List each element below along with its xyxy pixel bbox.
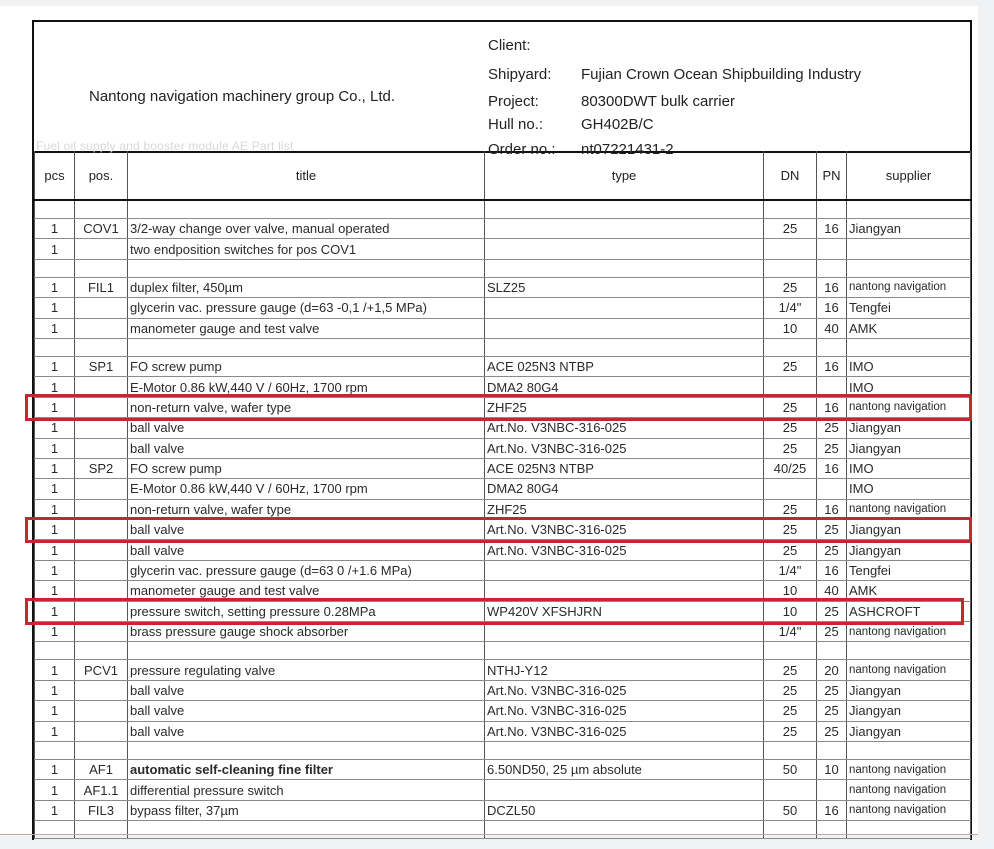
cell-type: [485, 581, 764, 601]
cell-title: ball valve: [128, 680, 485, 700]
cell-title: non-return valve, wafer type: [128, 397, 485, 417]
cell-title: pressure regulating valve: [128, 660, 485, 680]
cell-supplier: nantong navigation: [847, 397, 971, 417]
cell-dn: 1/4": [764, 622, 817, 642]
cell-pos: [75, 581, 128, 601]
cell-pcs: 1: [35, 499, 75, 519]
cell-type: Art.No. V3NBC-316-025: [485, 438, 764, 458]
table-row: 1non-return valve, wafer typeZHF252516na…: [35, 397, 971, 417]
cell-supplier: nantong navigation: [847, 759, 971, 779]
cell-type: [485, 318, 764, 338]
cell-type: Art.No. V3NBC-316-025: [485, 418, 764, 438]
cell-type: ZHF25: [485, 397, 764, 417]
cell-type: 6.50ND50, 25 µm absolute: [485, 759, 764, 779]
cell-type: ACE 025N3 NTBP: [485, 458, 764, 478]
table-row: 1SP2FO screw pumpACE 025N3 NTBP40/2516IM…: [35, 458, 971, 478]
cell-dn: [764, 780, 817, 800]
cell-title: bypass filter, 37µm: [128, 800, 485, 820]
cell-dn: [764, 821, 817, 839]
cell-pn: 20: [817, 660, 847, 680]
cell-pn: [817, 200, 847, 219]
cell-pn: 25: [817, 701, 847, 721]
cell-supplier: IMO: [847, 458, 971, 478]
cell-pos: [75, 680, 128, 700]
table-row: 1ball valveArt.No. V3NBC-316-0252525Jian…: [35, 540, 971, 560]
cell-title: [128, 642, 485, 660]
cell-type: Art.No. V3NBC-316-025: [485, 540, 764, 560]
cell-supplier: nantong navigation: [847, 499, 971, 519]
cell-pos: SP1: [75, 356, 128, 376]
table-row: 1AF1automatic self-cleaning fine filter6…: [35, 759, 971, 779]
table-row: 1E-Motor 0.86 kW,440 V / 60Hz, 1700 rpmD…: [35, 479, 971, 499]
cell-pn: 25: [817, 622, 847, 642]
cell-pcs: 1: [35, 298, 75, 318]
cell-pos: [75, 338, 128, 356]
table-row: 1glycerin vac. pressure gauge (d=63 -0,1…: [35, 298, 971, 318]
cell-pn: 25: [817, 540, 847, 560]
cell-pos: PCV1: [75, 660, 128, 680]
cell-pcs: 1: [35, 239, 75, 259]
cell-type: WP420V XFSHJRN: [485, 601, 764, 621]
cell-dn: [764, 377, 817, 397]
table-row: 1ball valveArt.No. V3NBC-316-0252525Jian…: [35, 721, 971, 741]
cell-pos: [75, 622, 128, 642]
meta-client: Client:: [488, 37, 580, 54]
cell-pcs: 1: [35, 780, 75, 800]
cell-supplier: nantong navigation: [847, 622, 971, 642]
cell-pos: FIL1: [75, 277, 128, 297]
col-header-pos: pos.: [75, 151, 128, 200]
meta-shipyard: Shipyard:Fujian Crown Ocean Shipbuilding…: [488, 66, 580, 83]
cell-pos: [75, 259, 128, 277]
cell-title: ball valve: [128, 520, 485, 540]
cell-dn: [764, 200, 817, 219]
cell-title: [128, 821, 485, 839]
cell-pn: [817, 338, 847, 356]
table-row: 1ball valveArt.No. V3NBC-316-0252525Jian…: [35, 520, 971, 540]
cell-dn: 1/4": [764, 560, 817, 580]
cell-pos: AF1.1: [75, 780, 128, 800]
cell-title: ball valve: [128, 701, 485, 721]
cell-dn: [764, 338, 817, 356]
cell-pn: [817, 642, 847, 660]
cell-pn: [817, 741, 847, 759]
cell-supplier: nantong navigation: [847, 800, 971, 820]
cell-pcs: 1: [35, 219, 75, 239]
cell-type: [485, 200, 764, 219]
cell-pn: 10: [817, 759, 847, 779]
col-header-pn: PN: [817, 151, 847, 200]
cell-pos: [75, 239, 128, 259]
cell-pcs: 1: [35, 356, 75, 376]
cell-type: [485, 821, 764, 839]
cell-title: glycerin vac. pressure gauge (d=63 0 /+1…: [128, 560, 485, 580]
cell-pos: [75, 200, 128, 219]
cell-title: FO screw pump: [128, 458, 485, 478]
cell-pcs: 1: [35, 660, 75, 680]
cell-title: E-Motor 0.86 kW,440 V / 60Hz, 1700 rpm: [128, 479, 485, 499]
cell-pn: 16: [817, 499, 847, 519]
cell-dn: 10: [764, 581, 817, 601]
cell-supplier: Jiangyan: [847, 680, 971, 700]
cell-type: DMA2 80G4: [485, 479, 764, 499]
table-row: 1COV13/2-way change over valve, manual o…: [35, 219, 971, 239]
table-row: 1ball valveArt.No. V3NBC-316-0252525Jian…: [35, 438, 971, 458]
cell-type: [485, 239, 764, 259]
cell-pos: [75, 520, 128, 540]
cell-pn: 25: [817, 601, 847, 621]
cell-supplier: AMK: [847, 581, 971, 601]
cell-type: SLZ25: [485, 277, 764, 297]
cell-dn: 25: [764, 701, 817, 721]
cell-type: Art.No. V3NBC-316-025: [485, 520, 764, 540]
cell-pn: 40: [817, 318, 847, 338]
col-header-supplier: supplier: [847, 151, 971, 200]
cell-pn: 16: [817, 219, 847, 239]
cell-pos: [75, 377, 128, 397]
cell-title: ball valve: [128, 721, 485, 741]
cell-pn: [817, 780, 847, 800]
cell-title: ball valve: [128, 540, 485, 560]
cell-pn: 25: [817, 721, 847, 741]
col-header-pcs: pcs: [35, 151, 75, 200]
cell-dn: 25: [764, 277, 817, 297]
cell-supplier: Tengfei: [847, 560, 971, 580]
cell-dn: 25: [764, 680, 817, 700]
table-spacer-row: [35, 741, 971, 759]
table-body: 1COV13/2-way change over valve, manual o…: [35, 200, 971, 839]
cell-type: DCZL50: [485, 800, 764, 820]
cell-pcs: [35, 642, 75, 660]
cell-pn: 16: [817, 277, 847, 297]
cell-supplier: [847, 821, 971, 839]
document-header: Nantong navigation machinery group Co., …: [34, 22, 970, 153]
table-row: 1AF1.1differential pressure switchnanton…: [35, 780, 971, 800]
cell-dn: 25: [764, 418, 817, 438]
table-row: 1ball valveArt.No. V3NBC-316-0252525Jian…: [35, 680, 971, 700]
table-spacer-row: [35, 642, 971, 660]
cell-pcs: 1: [35, 397, 75, 417]
cell-pcs: 1: [35, 277, 75, 297]
cell-pos: [75, 560, 128, 580]
cell-title: [128, 338, 485, 356]
cell-pn: [817, 821, 847, 839]
cell-pcs: 1: [35, 438, 75, 458]
cell-title: non-return valve, wafer type: [128, 499, 485, 519]
cell-dn: 10: [764, 601, 817, 621]
table-row: 1manometer gauge and test valve1040AMK: [35, 581, 971, 601]
cell-pos: [75, 821, 128, 839]
cell-pos: FIL3: [75, 800, 128, 820]
cell-title: [128, 741, 485, 759]
meta-hull: Hull no.:GH402B/C: [488, 116, 580, 133]
cell-type: NTHJ-Y12: [485, 660, 764, 680]
table-row: 1SP1FO screw pumpACE 025N3 NTBP2516IMO: [35, 356, 971, 376]
cell-pn: 16: [817, 397, 847, 417]
cell-type: DMA2 80G4: [485, 377, 764, 397]
cell-type: Art.No. V3NBC-316-025: [485, 701, 764, 721]
cell-supplier: [847, 259, 971, 277]
cell-pos: [75, 642, 128, 660]
cell-pcs: 1: [35, 701, 75, 721]
cell-dn: 25: [764, 397, 817, 417]
table-row: 1ball valveArt.No. V3NBC-316-0252525Jian…: [35, 701, 971, 721]
cell-title: ball valve: [128, 438, 485, 458]
cell-pn: 40: [817, 581, 847, 601]
cell-title: E-Motor 0.86 kW,440 V / 60Hz, 1700 rpm: [128, 377, 485, 397]
cell-dn: 1/4": [764, 298, 817, 318]
cell-pn: 16: [817, 458, 847, 478]
table-spacer-row: [35, 821, 971, 839]
cell-dn: 50: [764, 759, 817, 779]
cell-type: [485, 642, 764, 660]
cell-supplier: Jiangyan: [847, 418, 971, 438]
cell-title: differential pressure switch: [128, 780, 485, 800]
cell-pcs: 1: [35, 560, 75, 580]
cell-pcs: 1: [35, 680, 75, 700]
table-row: 1ball valveArt.No. V3NBC-316-0252525Jian…: [35, 418, 971, 438]
cell-dn: 25: [764, 219, 817, 239]
cell-supplier: [847, 200, 971, 219]
table-row: 1FIL1duplex filter, 450µmSLZ252516nanton…: [35, 277, 971, 297]
cell-supplier: IMO: [847, 377, 971, 397]
cell-pos: [75, 418, 128, 438]
cell-pn: 16: [817, 560, 847, 580]
table-row: 1two endposition switches for pos COV1: [35, 239, 971, 259]
col-header-type: type: [485, 151, 764, 200]
table-spacer-row: [35, 338, 971, 356]
table-row: 1manometer gauge and test valve1040AMK: [35, 318, 971, 338]
cell-pn: [817, 479, 847, 499]
cell-type: [485, 560, 764, 580]
table-row: 1FIL3bypass filter, 37µmDCZL505016nanton…: [35, 800, 971, 820]
cell-pcs: [35, 200, 75, 219]
cell-pos: [75, 701, 128, 721]
cell-pn: 16: [817, 298, 847, 318]
cell-dn: 50: [764, 800, 817, 820]
table-row: 1non-return valve, wafer typeZHF252516na…: [35, 499, 971, 519]
cell-pcs: 1: [35, 479, 75, 499]
cell-pcs: [35, 259, 75, 277]
table-row: 1brass pressure gauge shock absorber1/4"…: [35, 622, 971, 642]
cell-pn: [817, 377, 847, 397]
cell-pn: 25: [817, 438, 847, 458]
cell-dn: 25: [764, 660, 817, 680]
cell-supplier: IMO: [847, 479, 971, 499]
cell-pos: [75, 601, 128, 621]
meta-project: Project:80300DWT bulk carrier: [488, 93, 580, 110]
cell-title: duplex filter, 450µm: [128, 277, 485, 297]
cell-pcs: 1: [35, 622, 75, 642]
company-name: Nantong navigation machinery group Co., …: [89, 88, 395, 105]
cell-dn: 25: [764, 540, 817, 560]
cell-pos: [75, 721, 128, 741]
cell-pn: [817, 239, 847, 259]
cell-pn: 25: [817, 418, 847, 438]
cell-dn: 10: [764, 318, 817, 338]
cell-pcs: 1: [35, 318, 75, 338]
cell-pos: [75, 318, 128, 338]
cell-pos: SP2: [75, 458, 128, 478]
cell-pos: [75, 397, 128, 417]
cell-type: [485, 780, 764, 800]
cell-type: [485, 338, 764, 356]
cell-supplier: [847, 239, 971, 259]
document-page: Nantong navigation machinery group Co., …: [0, 6, 978, 834]
cell-title: manometer gauge and test valve: [128, 581, 485, 601]
cell-type: [485, 298, 764, 318]
cell-pcs: [35, 821, 75, 839]
cell-supplier: Jiangyan: [847, 701, 971, 721]
cell-title: 3/2-way change over valve, manual operat…: [128, 219, 485, 239]
cell-type: [485, 259, 764, 277]
cell-pcs: 1: [35, 800, 75, 820]
cell-pos: [75, 499, 128, 519]
cell-title: ball valve: [128, 418, 485, 438]
cell-pcs: 1: [35, 418, 75, 438]
cell-dn: [764, 259, 817, 277]
table-spacer-row: [35, 200, 971, 219]
cell-pn: 16: [817, 356, 847, 376]
cell-pcs: [35, 741, 75, 759]
cell-type: ACE 025N3 NTBP: [485, 356, 764, 376]
cell-supplier: [847, 741, 971, 759]
cell-pos: [75, 298, 128, 318]
cell-type: ZHF25: [485, 499, 764, 519]
cell-supplier: Jiangyan: [847, 540, 971, 560]
table-spacer-row: [35, 259, 971, 277]
cell-pos: [75, 540, 128, 560]
table-row: 1glycerin vac. pressure gauge (d=63 0 /+…: [35, 560, 971, 580]
parts-list-sheet: Nantong navigation machinery group Co., …: [32, 20, 972, 840]
cell-supplier: IMO: [847, 356, 971, 376]
cell-type: [485, 622, 764, 642]
table-header-row: pcs pos. title type DN PN supplier: [35, 151, 971, 200]
cell-title: FO screw pump: [128, 356, 485, 376]
cell-supplier: ASHCROFT: [847, 601, 971, 621]
cell-dn: [764, 642, 817, 660]
cell-supplier: [847, 338, 971, 356]
cell-pcs: 1: [35, 721, 75, 741]
parts-table: pcs pos. title type DN PN supplier 1COV1…: [34, 151, 971, 839]
cell-supplier: nantong navigation: [847, 780, 971, 800]
cell-title: manometer gauge and test valve: [128, 318, 485, 338]
table-row: 1E-Motor 0.86 kW,440 V / 60Hz, 1700 rpmD…: [35, 377, 971, 397]
cell-pcs: 1: [35, 601, 75, 621]
cell-supplier: Jiangyan: [847, 219, 971, 239]
cell-dn: 40/25: [764, 458, 817, 478]
cell-pn: 25: [817, 520, 847, 540]
cell-title: pressure switch, setting pressure 0.28MP…: [128, 601, 485, 621]
cell-dn: 25: [764, 520, 817, 540]
cell-supplier: Jiangyan: [847, 721, 971, 741]
cell-dn: 25: [764, 721, 817, 741]
cell-title: glycerin vac. pressure gauge (d=63 -0,1 …: [128, 298, 485, 318]
cell-dn: [764, 741, 817, 759]
cell-supplier: AMK: [847, 318, 971, 338]
cell-type: [485, 219, 764, 239]
cell-pos: [75, 479, 128, 499]
cell-pcs: 1: [35, 540, 75, 560]
cell-type: Art.No. V3NBC-316-025: [485, 680, 764, 700]
cell-title: brass pressure gauge shock absorber: [128, 622, 485, 642]
cell-pcs: 1: [35, 458, 75, 478]
cell-dn: [764, 239, 817, 259]
col-header-dn: DN: [764, 151, 817, 200]
cell-dn: [764, 479, 817, 499]
cell-type: Art.No. V3NBC-316-025: [485, 721, 764, 741]
cell-pcs: 1: [35, 581, 75, 601]
cell-pos: COV1: [75, 219, 128, 239]
cell-supplier: Jiangyan: [847, 520, 971, 540]
cell-pn: [817, 259, 847, 277]
table-row: 1PCV1pressure regulating valveNTHJ-Y1225…: [35, 660, 971, 680]
cell-pn: 25: [817, 680, 847, 700]
cell-pcs: 1: [35, 759, 75, 779]
cell-title: two endposition switches for pos COV1: [128, 239, 485, 259]
cell-supplier: Tengfei: [847, 298, 971, 318]
cell-dn: 25: [764, 499, 817, 519]
cell-pcs: 1: [35, 520, 75, 540]
cell-pcs: [35, 338, 75, 356]
col-header-title: title: [128, 151, 485, 200]
cell-title: [128, 200, 485, 219]
cell-pos: AF1: [75, 759, 128, 779]
cell-supplier: [847, 642, 971, 660]
cell-dn: 25: [764, 356, 817, 376]
page-bottom-edge: [0, 834, 978, 835]
cell-dn: 25: [764, 438, 817, 458]
cell-supplier: Jiangyan: [847, 438, 971, 458]
cell-type: [485, 741, 764, 759]
cell-pcs: 1: [35, 377, 75, 397]
table-row: 1pressure switch, setting pressure 0.28M…: [35, 601, 971, 621]
cell-supplier: nantong navigation: [847, 660, 971, 680]
cell-pos: [75, 741, 128, 759]
cell-supplier: nantong navigation: [847, 277, 971, 297]
cell-title: [128, 259, 485, 277]
cell-pos: [75, 438, 128, 458]
cell-pn: 16: [817, 800, 847, 820]
cell-title: automatic self-cleaning fine filter: [128, 759, 485, 779]
